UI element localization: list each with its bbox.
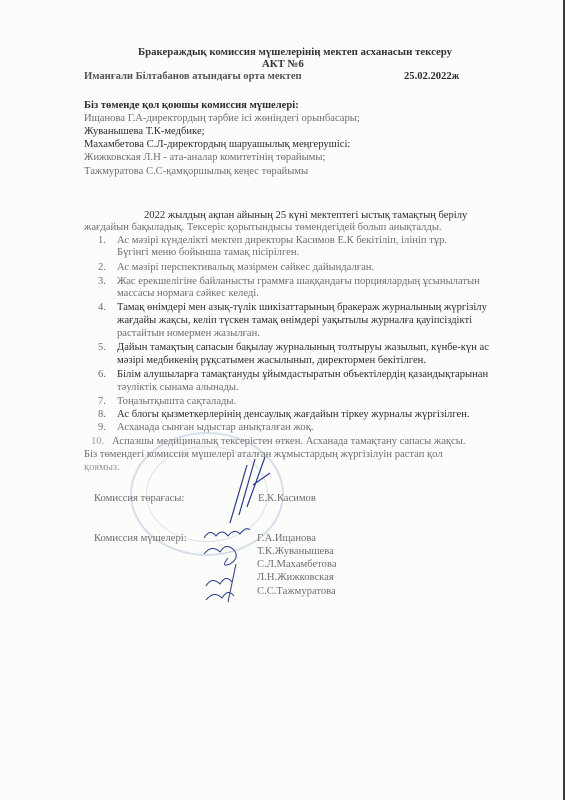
finding-number: 4. bbox=[98, 302, 106, 314]
finding-number: 10. bbox=[91, 436, 104, 448]
member-name: Т.К.Жуванышева bbox=[257, 546, 334, 558]
finding-text: растайтын номермен жазылған. bbox=[117, 328, 260, 340]
chair-signature bbox=[225, 455, 275, 525]
finding-text: Ас мәзірі перспективалық мәзірмен сәйкес… bbox=[117, 262, 374, 274]
member-line: Жижковская Л.Н - ата-аналар комитетінің … bbox=[84, 152, 325, 164]
finding-number: 6. bbox=[98, 369, 106, 381]
finding-number: 1. bbox=[98, 235, 106, 247]
finding-text: Ас мәзірі күнделікті мектеп директоры Ка… bbox=[117, 235, 447, 247]
finding-text: Жас ерекшелігіне байланысты граммға шаққ… bbox=[117, 276, 480, 288]
finding-text: тәуліктік сынама алынады. bbox=[117, 382, 239, 394]
members-signatures bbox=[200, 524, 260, 609]
finding-text: Асханада сынған ыдыстар анықталған жоқ. bbox=[117, 422, 314, 434]
finding-text: жағдайы жақсы, келіп түскен тамақ өнімде… bbox=[117, 315, 472, 327]
finding-text: мәзірі медбикенің рұқсатымен жасылынып, … bbox=[117, 355, 426, 367]
finding-number: 7. bbox=[98, 396, 106, 408]
document-date: 25.02.2022ж bbox=[404, 71, 459, 83]
act-number: АКТ №6 bbox=[262, 58, 304, 70]
finding-number: 9. bbox=[98, 422, 106, 434]
finding-text: Ас блогы қызметкерлерінің денсаулық жағд… bbox=[117, 409, 470, 421]
finding-text: Аспазшы медициналық тексерістен өткен. А… bbox=[112, 436, 466, 448]
commission-heading: Біз төменде қол қоюшы комиссия мүшелері: bbox=[84, 100, 299, 112]
intro-line: жағдайын бақыладық. Тексеріс қорытындысы… bbox=[84, 222, 442, 234]
members-label: Комиссия мүшелері: bbox=[94, 533, 187, 545]
finding-text: Білім алушыларға тамақтануды ұйымдастыра… bbox=[117, 369, 488, 381]
finding-text: Бүгінгі меню бойынша тамақ пісірілген. bbox=[117, 247, 299, 259]
member-line: Ищанова Г.А-директордың тәрбие ісі жөнін… bbox=[84, 113, 360, 125]
document-page: Бракераждық комиссия мүшелерінің мектеп … bbox=[0, 0, 565, 800]
document-title: Бракераждық комиссия мүшелерінің мектеп … bbox=[138, 46, 452, 58]
member-name: С.С.Тажмуратова bbox=[257, 586, 336, 598]
intro-line: 2022 жылдың ақпан айының 25 күні мектепт… bbox=[144, 210, 467, 222]
closing-line: қоямыз. bbox=[84, 462, 120, 474]
finding-number: 8. bbox=[98, 409, 106, 421]
school-name: Иманғали Білтабанов атындағы орта мектеп bbox=[84, 71, 302, 83]
finding-number: 5. bbox=[98, 342, 106, 354]
finding-number: 3. bbox=[98, 276, 106, 288]
member-name: Л.Н.Жижковская bbox=[257, 572, 334, 584]
member-line: Жуванышева Т.К-медбике; bbox=[84, 126, 205, 138]
finding-text: Тамақ өнімдері мен азық-түлік шикізаттар… bbox=[117, 302, 487, 314]
finding-text: массасы нормаға сәйкес келеді. bbox=[117, 288, 259, 300]
finding-text: Дайын тамақтың сапасын бақылау журналыны… bbox=[117, 342, 489, 354]
member-name: С.Л.Махамбетова bbox=[257, 559, 337, 571]
chair-label: Комиссия төрағасы: bbox=[94, 493, 184, 505]
member-name: Г.А.Ищанова bbox=[257, 533, 316, 545]
member-line: Тажмуратова С.С-қамқоршылық кеңес төрайы… bbox=[84, 166, 308, 178]
finding-text: Тоңазытқышта сақталады. bbox=[117, 396, 236, 408]
member-line: Махамбетова С.Л-директордың шаруашылық м… bbox=[84, 139, 350, 151]
finding-number: 2. bbox=[98, 262, 106, 274]
chair-name: Е.К.Касимов bbox=[258, 493, 316, 505]
